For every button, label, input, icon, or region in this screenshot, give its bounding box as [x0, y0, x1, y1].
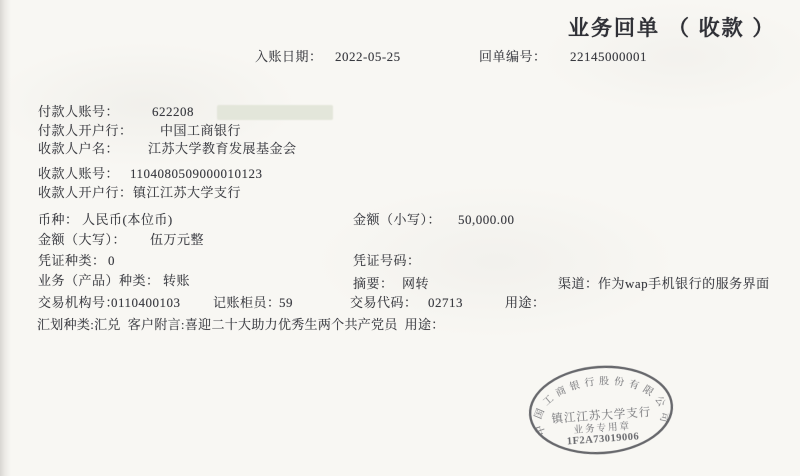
remit-type-value: 汇兑: [94, 317, 121, 332]
remit-type: 汇划种类:汇兑: [37, 317, 121, 332]
remit-type-label: 汇划种类:: [37, 317, 94, 332]
trans-org-label: 交易机构号：: [38, 295, 119, 310]
bank-seal-graphic: 中国工商银行股份有限公司 镇江江苏大学支行 业务专用章 1F2A73019006: [516, 356, 686, 463]
bank-seal: 中国工商银行股份有限公司 镇江江苏大学支行 业务专用章 1F2A73019006: [516, 356, 686, 463]
trans-org-value: 0110400103: [111, 295, 181, 310]
teller-value: 59: [279, 295, 293, 310]
summary-label: 摘要：: [353, 276, 394, 291]
bank-receipt-page: 业务回单 （ 收款 ） 入账日期： 2022-05-25 回单编号： 22145…: [0, 0, 800, 476]
receipt-no-label: 回单编号：: [479, 49, 547, 64]
payer-bank-value: 中国工商银行: [160, 123, 241, 138]
trans-code-value: 02713: [428, 295, 463, 310]
payee-name-label: 收款人户名：: [38, 141, 119, 156]
payee-account-label: 收款人账号：: [38, 166, 119, 181]
voucher-type-value: 0: [108, 253, 115, 268]
voucher-type-label: 凭证种类：: [38, 253, 106, 268]
purpose-label: 用途：: [505, 295, 546, 310]
payer-account-redaction: [217, 105, 333, 120]
payer-account-value: 622208: [152, 104, 194, 119]
payer-account-label: 付款人账号：: [38, 104, 119, 119]
remit-purpose-label: 用途：: [405, 317, 445, 332]
page-title: 业务回单 （ 收款 ）: [568, 12, 776, 42]
business-type-label: 业务（产品）种类：: [38, 273, 160, 288]
channel-label: 渠道：: [558, 276, 599, 291]
amount-small-label: 金额（小写）：: [353, 212, 441, 227]
currency-value: 人民币(本位币): [82, 212, 173, 227]
amount-small-value: 50,000.00: [458, 212, 515, 227]
channel-value: 作为wap手机银行的服务界面: [598, 276, 770, 291]
voucher-number-label: 凭证号码：: [353, 253, 421, 268]
business-type-value: 转账: [163, 273, 190, 288]
entry-date-label: 入账日期：: [255, 49, 323, 64]
seal-branch-text: 镇江江苏大学支行: [551, 405, 652, 426]
entry-date-value: 2022-05-25: [335, 49, 401, 64]
amount-words-value: 伍万元整: [150, 232, 204, 247]
currency-label: 币种：: [38, 212, 79, 227]
teller-label: 记账柜员：: [213, 295, 281, 310]
payee-bank-value: 镇江江苏大学支行: [133, 185, 241, 200]
customer-message-value: 喜迎二十大助力优秀生两个共产党员: [185, 317, 398, 332]
summary-value: 网转: [402, 276, 429, 291]
payee-bank-label: 收款人开户行：: [38, 185, 133, 200]
scan-edge-shadow: [0, 0, 11, 476]
payee-name-value: 江苏大学教育发展基金会: [148, 141, 297, 156]
trans-code-label: 交易代码：: [350, 295, 418, 310]
remittance-line: 汇划种类:汇兑 客户附言:喜迎二十大助力优秀生两个共产党员 用途：: [37, 317, 445, 332]
customer-message: 客户附言:喜迎二十大助力优秀生两个共产党员: [128, 317, 398, 332]
amount-words-label: 金额（大写）：: [38, 232, 126, 247]
payer-bank-label: 付款人开户行：: [38, 123, 133, 138]
customer-message-label: 客户附言:: [128, 317, 185, 332]
payee-account-value: 1104080509000010123: [130, 166, 263, 181]
receipt-no-value: 22145000001: [570, 49, 647, 64]
